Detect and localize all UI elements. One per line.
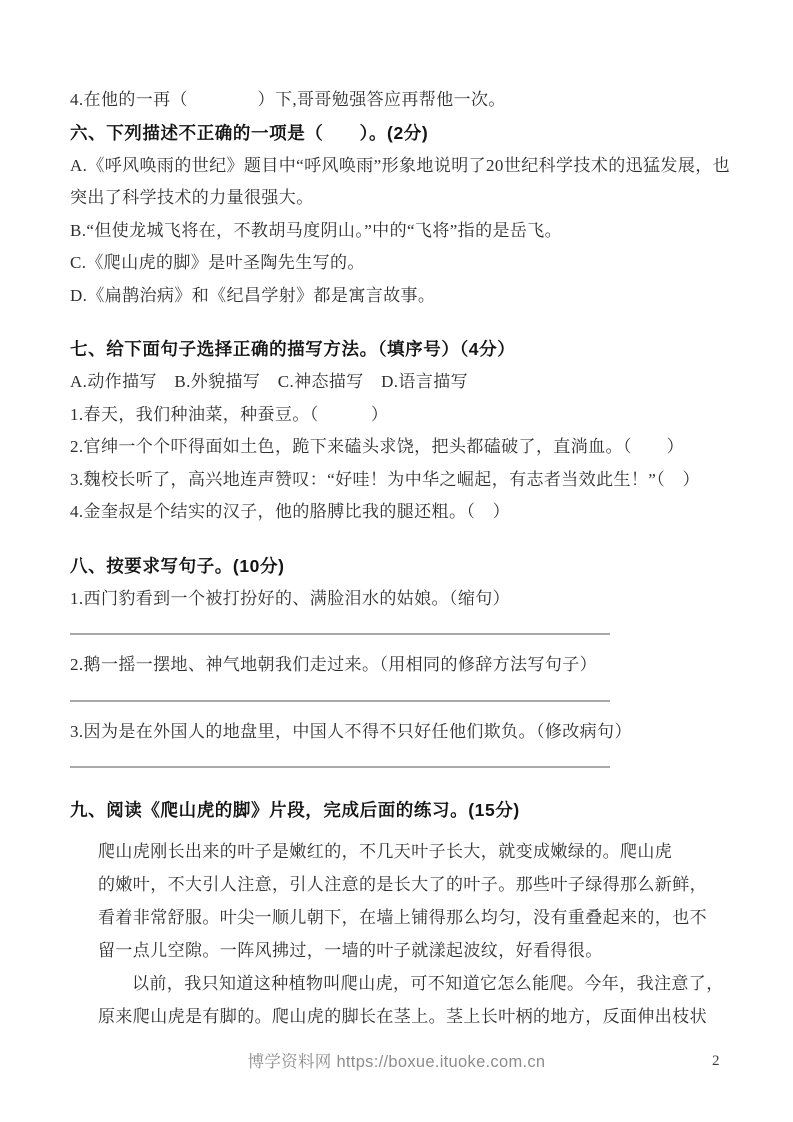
section-seven-title: 七、给下面句子选择正确的描写方法。（填序号）（4分） (70, 333, 746, 366)
section-eight-item-1: 1.西门豹看到一个被打扮好的、满脸泪水的姑娘。（缩句） (70, 583, 746, 616)
passage-line: 留一点儿空隙。一阵风拂过，一墙的叶子就漾起波纹，好看得很。 (98, 934, 746, 967)
footer-site-text: 博学资料网 https://boxue.ituoke.com.cn (248, 1053, 546, 1071)
section-eight-item-2: 2.鹅一摇一摆地、神气地朝我们走过来。（用相同的修辞方法写句子） (70, 649, 746, 682)
passage-line: 的嫩叶，不大引人注意，引人注意的是长大了的叶子。那些叶子绿得那么新鲜， (98, 868, 746, 901)
reading-passage: 爬山虎刚长出来的叶子是嫩红的，不几天叶子长大，就变成嫩绿的。爬山虎 的嫩叶，不大… (98, 835, 746, 1033)
passage-line: 看着非常舒服。叶尖一顺儿朝下，在墙上铺得那么均匀，没有重叠起来的，也不 (98, 901, 746, 934)
section-eight-item-3: 3.因为是在外国人的地盘里，中国人不得不只好任他们欺负。（修改病句） (70, 716, 746, 749)
section-eight: 八、按要求写句子。(10分) 1.西门豹看到一个被打扮好的、满脸泪水的姑娘。（缩… (70, 550, 746, 769)
page-content: 4.在他的一再（ ）下,哥哥勉强答应再帮他一次。 六、下列描述不正确的一项是（ … (70, 84, 746, 1033)
section-six-option-d: D.《扁鹊治病》和《纪昌学射》都是寓言故事。 (70, 280, 746, 313)
section-seven-item-1: 1.春天，我们种油菜，种蚕豆。（ ） (70, 399, 746, 432)
answer-line (70, 615, 610, 635)
section-six: 六、下列描述不正确的一项是（ ）。(2分) A.《呼风唤雨的世纪》题目中“呼风唤… (70, 117, 746, 313)
section-six-option-a: A.《呼风唤雨的世纪》题目中“呼风唤雨”形象地说明了20世纪科学技术的迅猛发展，… (70, 150, 746, 215)
answer-line (70, 682, 610, 702)
passage-line: 爬山虎刚长出来的叶子是嫩红的，不几天叶子长大，就变成嫩绿的。爬山虎 (98, 835, 746, 868)
section-six-title: 六、下列描述不正确的一项是（ ）。(2分) (70, 117, 746, 150)
section-seven-item-4: 4.金奎叔是个结实的汉子，他的胳膊比我的腿还粗。（ ） (70, 496, 746, 529)
section-six-option-c: C.《爬山虎的脚》是叶圣陶先生写的。 (70, 247, 746, 280)
exam-page: 4.在他的一再（ ）下,哥哥勉强答应再帮他一次。 六、下列描述不正确的一项是（ … (0, 0, 793, 1122)
section-seven-item-2: 2.官绅一个个吓得面如土色，跪下来磕头求饶，把头都磕破了，直淌血。（ ） (70, 431, 746, 464)
section-nine: 九、阅读《爬山虎的脚》片段，完成后面的练习。(15分) 爬山虎刚长出来的叶子是嫩… (70, 794, 746, 1033)
carryover-question: 4.在他的一再（ ）下,哥哥勉强答应再帮他一次。 (70, 84, 746, 117)
section-seven-method-options: A.动作描写 B.外貌描写 C.神态描写 D.语言描写 (70, 366, 746, 399)
section-eight-title: 八、按要求写句子。(10分) (70, 550, 746, 583)
section-six-option-b: B.“但使龙城飞将在，不教胡马度阴山。”中的“飞将”指的是岳飞。 (70, 215, 746, 248)
passage-line: 原来爬山虎是有脚的。爬山虎的脚长在茎上。茎上长叶柄的地方，反面伸出枝状 (98, 1000, 746, 1033)
answer-line (70, 748, 610, 768)
footer: 博学资料网 https://boxue.ituoke.com.cn (0, 1048, 793, 1072)
section-nine-title: 九、阅读《爬山虎的脚》片段，完成后面的练习。(15分) (70, 794, 746, 827)
page-number: 2 (712, 1053, 720, 1070)
passage-line: 以前，我只知道这种植物叫爬山虎，可不知道它怎么能爬。今年，我注意了， (98, 967, 746, 1000)
section-seven: 七、给下面句子选择正确的描写方法。（填序号）（4分） A.动作描写 B.外貌描写… (70, 333, 746, 529)
section-seven-item-3: 3.魏校长听了，高兴地连声赞叹：“好哇！为中华之崛起，有志者当效此生！”（ ） (70, 464, 746, 497)
